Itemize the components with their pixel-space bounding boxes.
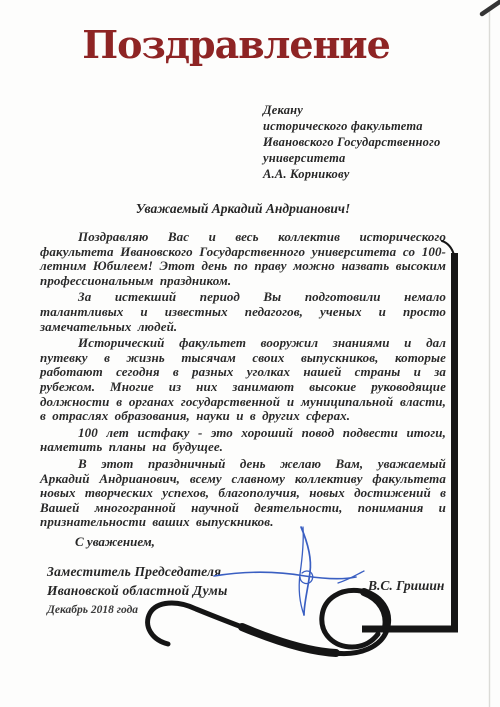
pen-signature-vertical [301, 527, 310, 615]
letter-body: Поздравляю Вас и весь коллектив историче… [40, 230, 446, 532]
body-paragraph: За истекший период Вы подготовили немало… [40, 290, 446, 334]
pen-signature-horizontal [214, 572, 356, 579]
signer-position-line: Заместитель Председателя [47, 562, 228, 581]
scan-corner-mark [482, 1, 500, 14]
recipient-line: Декану [263, 102, 440, 118]
body-paragraph: Исторический факультет вооружил знаниями… [40, 336, 446, 424]
bottom-flourish-thick-loop [364, 592, 387, 628]
letter-title: Поздравление [0, 22, 472, 67]
recipient-line: А.А. Корникову [263, 166, 440, 182]
closing-line: С уважением, [75, 534, 155, 550]
signer-position: Заместитель Председателя Ивановской обла… [47, 562, 228, 600]
pen-signature-vertical-return [299, 527, 304, 615]
recipient-line: Ивановского Государственного [263, 134, 440, 150]
body-paragraph: В этот праздничный день желаю Вам, уважа… [40, 457, 446, 530]
pen-signature-tail [338, 571, 364, 583]
body-paragraph: Поздравляю Вас и весь коллектив историче… [40, 230, 446, 288]
bottom-flourish-thick-middle [242, 627, 336, 653]
pen-signature-loop [300, 571, 313, 584]
recipient-line: исторического факультета [263, 118, 440, 134]
pen-signature [214, 527, 364, 615]
signer-name: В.С. Гришин [368, 578, 444, 594]
letter-page: Поздравление Декану исторического факуль… [0, 0, 500, 707]
letter-date: Декабрь 2018 года [47, 604, 138, 616]
signer-position-line: Ивановской областной Думы [47, 581, 228, 600]
salutation: Уважаемый Аркадий Андрианович! [40, 201, 446, 217]
body-paragraph: 100 лет истфаку - это хороший повод подв… [40, 426, 446, 455]
recipient-line: университета [263, 150, 440, 166]
recipient-block: Декану исторического факультета Ивановск… [263, 102, 440, 182]
